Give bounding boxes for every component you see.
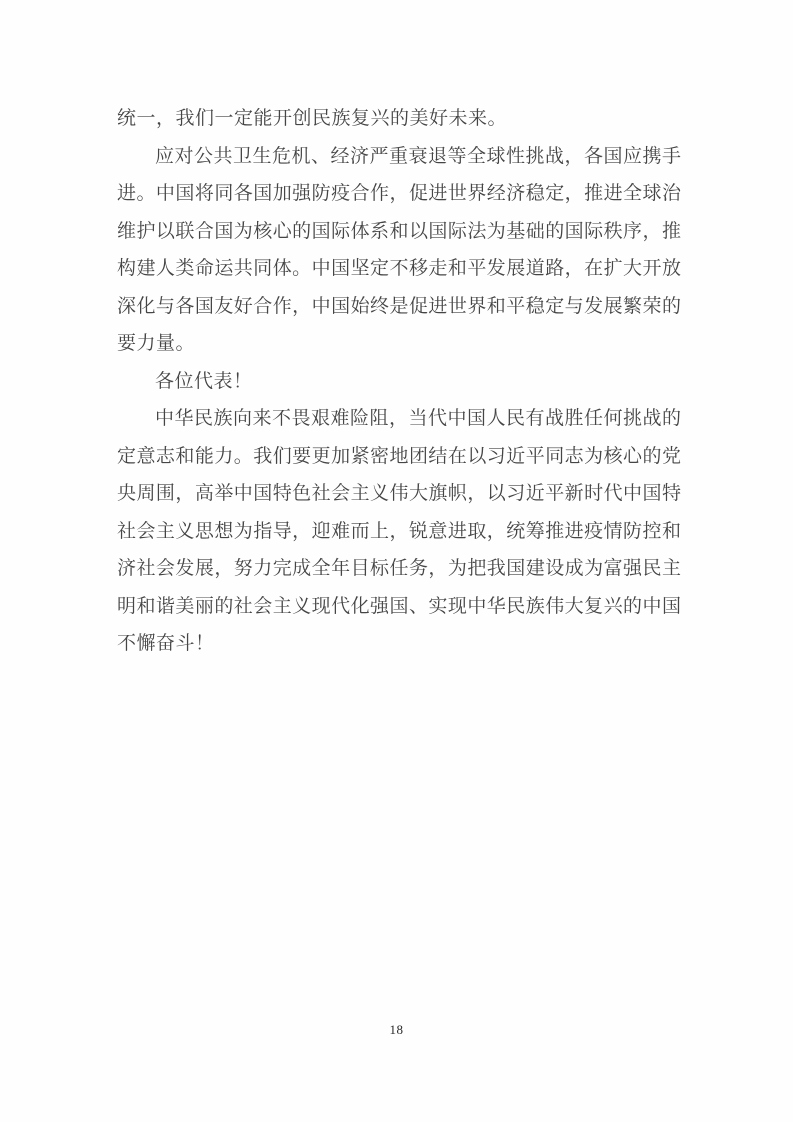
text-line: 明和谐美丽的社会主义现代化强国、实现中华民族伟大复兴的中国梦	[117, 588, 681, 626]
text-line: 各位代表！	[117, 363, 681, 401]
text-line: 中华民族向来不畏艰难险阻，当代中国人民有战胜任何挑战的坚	[117, 400, 681, 438]
text-line: 应对公共卫生危机、经济严重衰退等全球性挑战，各国应携手共	[117, 138, 681, 176]
text-line: 进。中国将同各国加强防疫合作，促进世界经济稳定，推进全球治理，	[117, 175, 681, 213]
text-line: 央周围，高举中国特色社会主义伟大旗帜，以习近平新时代中国特色	[117, 475, 681, 513]
text-line: 深化与各国友好合作，中国始终是促进世界和平稳定与发展繁荣的重	[117, 288, 681, 326]
text-line: 构建人类命运共同体。中国坚定不移走和平发展道路，在扩大开放中	[117, 250, 681, 288]
text-line: 要力量。	[117, 325, 681, 363]
text-line: 不懈奋斗！	[117, 625, 681, 663]
document-page: 统一，我们一定能开创民族复兴的美好未来。应对公共卫生危机、经济严重衰退等全球性挑…	[0, 0, 793, 1122]
page-number: 18	[0, 1022, 793, 1038]
text-line: 维护以联合国为核心的国际体系和以国际法为基础的国际秩序，推动	[117, 213, 681, 251]
text-line: 统一，我们一定能开创民族复兴的美好未来。	[117, 100, 681, 138]
text-line: 社会主义思想为指导，迎难而上，锐意进取，统筹推进疫情防控和经	[117, 513, 681, 551]
text-line: 定意志和能力。我们要更加紧密地团结在以习近平同志为核心的党中	[117, 438, 681, 476]
text-line: 济社会发展，努力完成全年目标任务，为把我国建设成为富强民主文	[117, 550, 681, 588]
document-body: 统一，我们一定能开创民族复兴的美好未来。应对公共卫生危机、经济严重衰退等全球性挑…	[117, 100, 681, 663]
